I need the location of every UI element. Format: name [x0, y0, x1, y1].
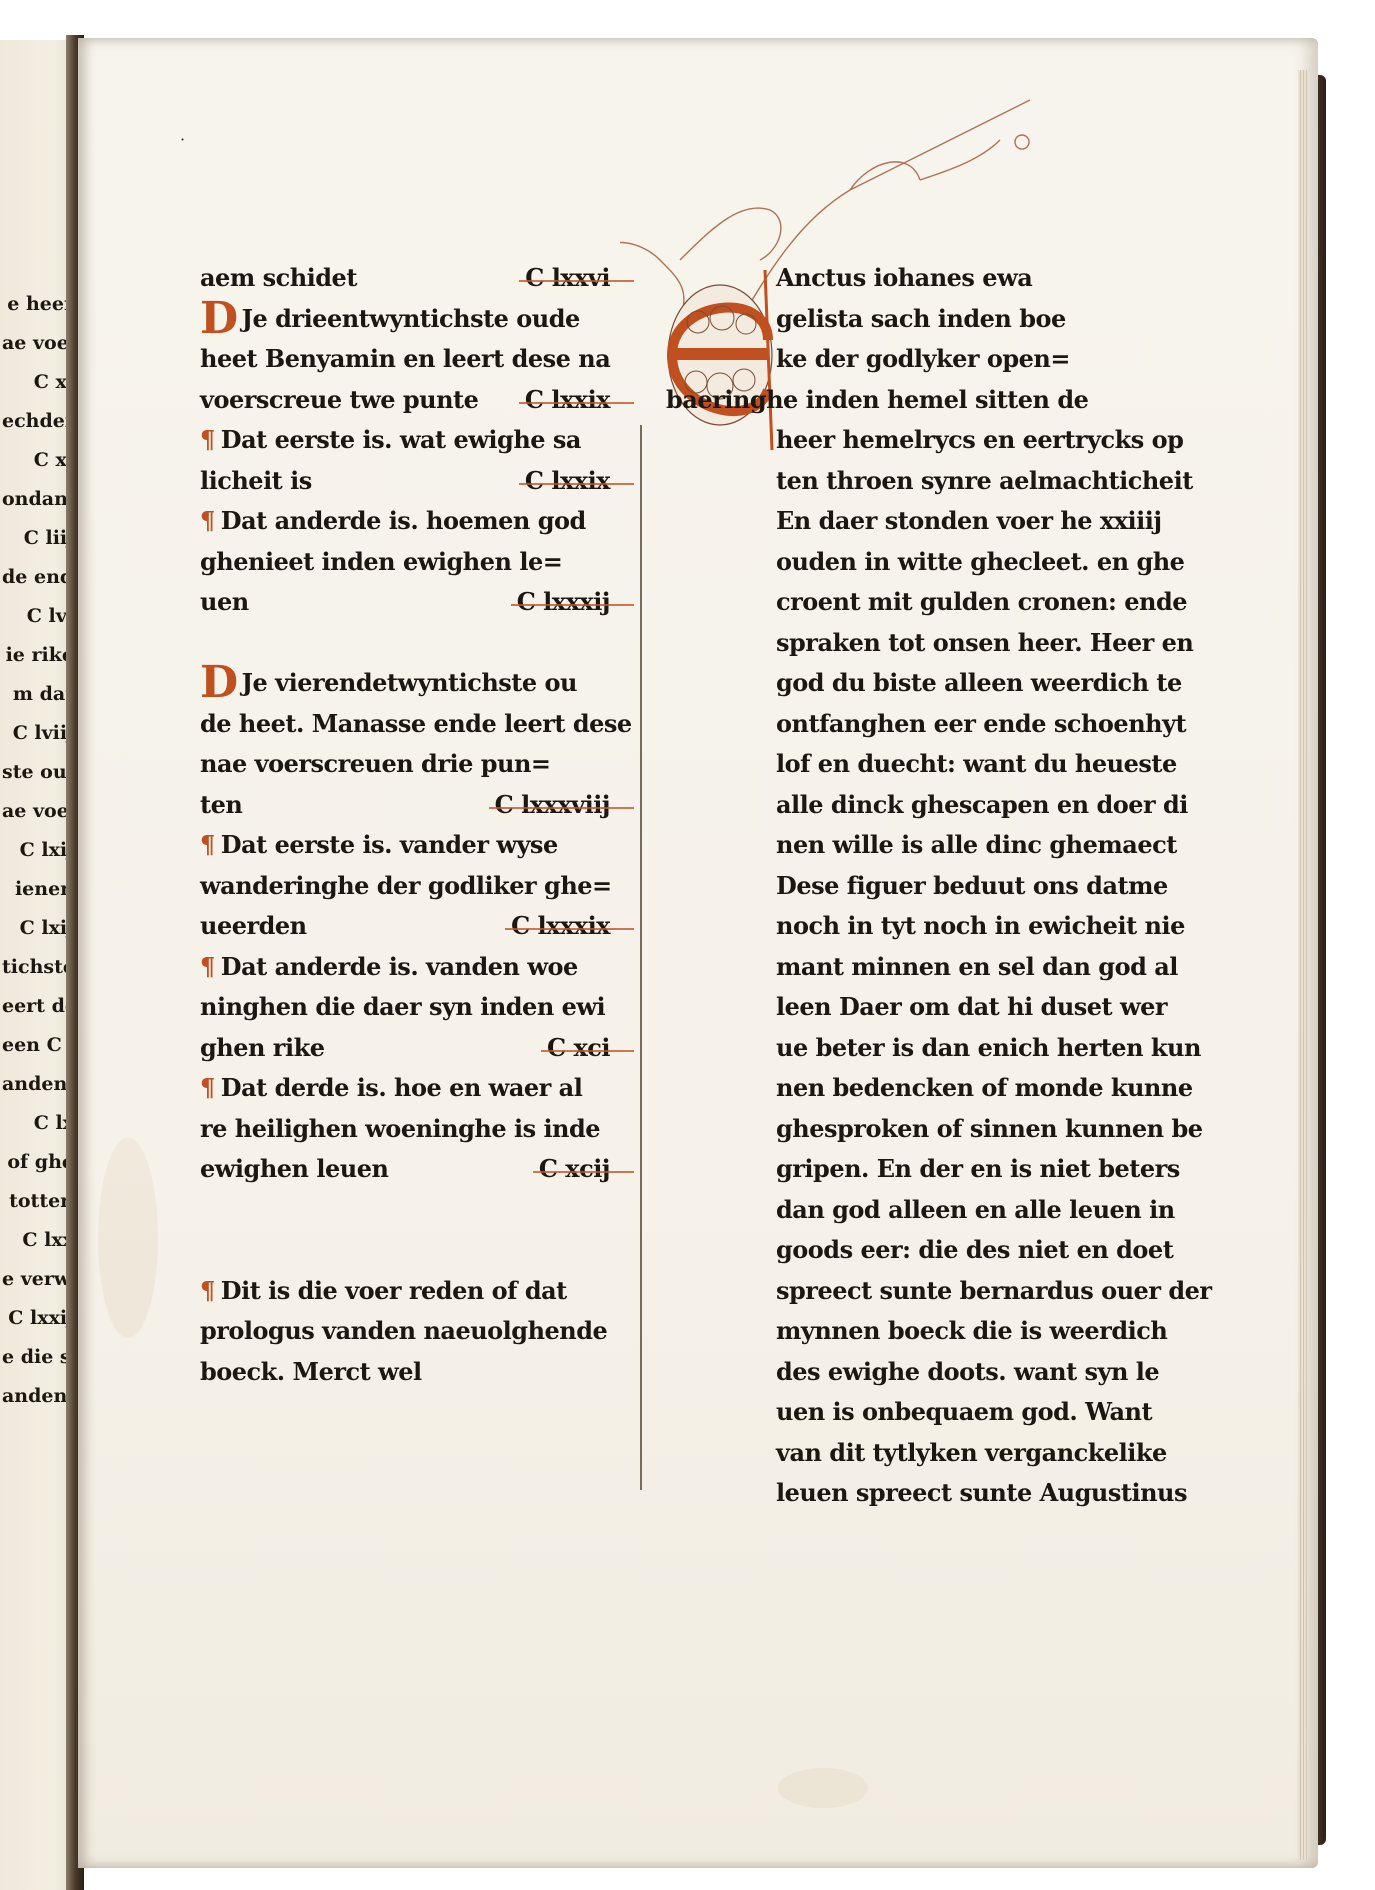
text-line: gelista sach inden boe: [776, 299, 1236, 340]
text-line: god du biste alleen weerdich te: [776, 663, 1236, 704]
text-line: noch in tyt noch in ewicheit nie: [776, 906, 1236, 947]
text-line: prologus vanden naeuolghende: [200, 1311, 610, 1352]
line-gap: [200, 1190, 610, 1231]
margin-fragment: anden lich: [2, 1377, 74, 1416]
margin-fragment: C xl: [2, 363, 74, 402]
text-line: ghen rikeC xci: [200, 1028, 610, 1069]
line-text: ewighen leuen: [200, 1154, 388, 1183]
right-text-column: Anctus iohanes ewagelista sach inden boe…: [776, 258, 1236, 1514]
text-line: ten throen synre aelmachticheit: [776, 461, 1236, 502]
line-text: Dat eerste is. vander wyse: [221, 830, 558, 859]
folio-reference: C lxxix: [525, 461, 610, 502]
line-text: Dat eerste is. wat ewighe sa: [221, 425, 581, 454]
margin-fragment: C lx: [2, 1104, 74, 1143]
text-line: alle dinck ghescapen en doer di: [776, 785, 1236, 826]
margin-fragment: echden: [2, 402, 74, 441]
line-text: voerscreue twe punte: [200, 385, 478, 414]
text-line: dan god alleen en alle leuen in: [776, 1190, 1236, 1231]
line-text: re heilighen woeninghe is inde: [200, 1114, 600, 1143]
line-text: heet Benyamin en leert dese na: [200, 344, 610, 373]
text-line: van dit tytlyken verganckelike: [776, 1433, 1236, 1474]
line-text: Dat derde is. hoe en waer al: [221, 1073, 583, 1102]
line-gap: [200, 623, 610, 664]
page-fore-edge: [1298, 70, 1308, 1860]
text-line: de heet. Manasse ende leert dese: [200, 704, 610, 745]
text-line: leuen spreect sunte Augustinus: [776, 1473, 1236, 1514]
text-line: heer hemelrycs en eertrycks op: [776, 420, 1236, 461]
line-text: Dit is die voer reden of dat: [221, 1276, 567, 1305]
text-line: ¶Dat anderde is. vanden woe: [200, 947, 610, 988]
margin-fragment: e heer: [2, 285, 74, 324]
rubricated-initial: D: [200, 301, 238, 337]
paper-stain: [778, 1768, 868, 1808]
line-text: ueerden: [200, 911, 307, 940]
printer-mark: ·: [180, 130, 185, 149]
line-text: uen: [200, 587, 249, 616]
line-text: de heet. Manasse ende leert dese: [200, 709, 632, 738]
text-line: ewighen leuenC xcij: [200, 1149, 610, 1190]
text-line: leen Daer om dat hi duset wer: [776, 987, 1236, 1028]
line-gap: [200, 1230, 610, 1271]
folio-reference: C lxxix: [525, 380, 610, 421]
text-line: Anctus iohanes ewa: [776, 258, 1236, 299]
line-text: ghenieet inden ewighen le=: [200, 547, 562, 576]
margin-fragment: ie rike: [2, 636, 74, 675]
text-line: spraken tot onsen heer. Heer en: [776, 623, 1236, 664]
line-text: Je drieentwyntichste oude: [242, 304, 580, 333]
margin-fragment: eert dese na: [2, 987, 74, 1026]
folio-reference: C xci: [547, 1028, 610, 1069]
folio-reference: C lxxvi: [525, 258, 610, 299]
text-line: En daer stonden voer he xxiiij: [776, 501, 1236, 542]
margin-fragment: m dat: [2, 675, 74, 714]
rubricated-initial: D: [200, 665, 238, 701]
pilcrow-icon: ¶: [200, 1276, 215, 1305]
text-line: ke der godlyker open=: [776, 339, 1236, 380]
pilcrow-icon: ¶: [200, 506, 215, 535]
margin-fragment: e die siel: [2, 1338, 74, 1377]
margin-fragment: een C lx: [2, 1026, 74, 1065]
text-line: nae voerscreuen drie pun=: [200, 744, 610, 785]
margin-fragment: e verwoge: [2, 1260, 74, 1299]
margin-fragment: C lxx: [2, 1221, 74, 1260]
pilcrow-icon: ¶: [200, 425, 215, 454]
text-line: ue beter is dan enich herten kun: [776, 1028, 1236, 1069]
text-line: nen wille is alle dinc ghemaect: [776, 825, 1236, 866]
folio-reference: C lxxxviij: [495, 785, 610, 826]
margin-fragment: C lviij: [2, 714, 74, 753]
margin-fragment: C lxxij: [2, 1299, 74, 1338]
text-line: ¶Dat derde is. hoe en waer al: [200, 1068, 610, 1109]
margin-fragment: C lvi: [2, 597, 74, 636]
text-line: voerscreue twe punteC lxxix: [200, 380, 610, 421]
text-line: croent mit gulden cronen: ende: [776, 582, 1236, 623]
margin-fragment: totten: [2, 1182, 74, 1221]
illuminated-initial-s: [660, 260, 780, 450]
line-text: ninghen die daer syn inden ewi: [200, 992, 605, 1021]
folio-reference: C lxxxij: [517, 582, 610, 623]
pilcrow-icon: ¶: [200, 1073, 215, 1102]
text-line: DJe vierendetwyntichste ou: [200, 663, 610, 704]
text-line: mynnen boeck die is weerdich: [776, 1311, 1236, 1352]
text-line: spreect sunte bernardus ouer der: [776, 1271, 1236, 1312]
left-page-margin-text: e heerae voerC xlechdenC xlondancC liijd…: [2, 285, 74, 1416]
paper-stain: [98, 1138, 158, 1338]
margin-fragment: C lxij: [2, 831, 74, 870]
text-line: gripen. En der en is niet beters: [776, 1149, 1236, 1190]
text-line: nen bedencken of monde kunne: [776, 1068, 1236, 1109]
text-line: ouden in witte ghecleet. en ghe: [776, 542, 1236, 583]
text-line: ¶Dat eerste is. wat ewighe sa: [200, 420, 610, 461]
line-text: Dat anderde is. hoemen god: [221, 506, 586, 535]
text-line: boeck. Merct wel: [200, 1352, 610, 1393]
text-line: ¶Dit is die voer reden of dat: [200, 1271, 610, 1312]
text-line: heet Benyamin en leert dese na: [200, 339, 610, 380]
line-text: prologus vanden naeuolghende: [200, 1316, 607, 1345]
line-text: wanderinghe der godliker ghe=: [200, 871, 612, 900]
margin-fragment: C liij: [2, 519, 74, 558]
text-line: ontfanghen eer ende schoenhyt: [776, 704, 1236, 745]
text-line: uenC lxxxij: [200, 582, 610, 623]
line-text: Je vierendetwyntichste ou: [242, 668, 577, 697]
text-line: licheit isC lxxix: [200, 461, 610, 502]
text-line: des ewighe doots. want syn le: [776, 1352, 1236, 1393]
text-line: re heilighen woeninghe is inde: [200, 1109, 610, 1150]
line-text: nae voerscreuen drie pun=: [200, 749, 551, 778]
text-line: aem schidetC lxxvi: [200, 258, 610, 299]
text-line: baeringhe inden hemel sitten de: [666, 380, 1236, 421]
margin-fragment: ae voer: [2, 324, 74, 363]
text-line: lof en duecht: want du heueste: [776, 744, 1236, 785]
text-line: ghenieet inden ewighen le=: [200, 542, 610, 583]
folio-reference: C lxxxix: [511, 906, 610, 947]
margin-fragment: ae voer: [2, 792, 74, 831]
text-line: tenC lxxxviij: [200, 785, 610, 826]
text-line: ¶Dat eerste is. vander wyse: [200, 825, 610, 866]
text-line: mant minnen en sel dan god al: [776, 947, 1236, 988]
text-line: ueerdenC lxxxix: [200, 906, 610, 947]
column-divider-rule: [640, 425, 642, 1490]
text-line: uen is onbequaem god. Want: [776, 1392, 1236, 1433]
margin-fragment: de ende: [2, 558, 74, 597]
text-line: ghesproken of sinnen kunnen be: [776, 1109, 1236, 1150]
margin-fragment: ienen: [2, 870, 74, 909]
pilcrow-icon: ¶: [200, 830, 215, 859]
margin-fragment: C lxij: [2, 909, 74, 948]
text-line: wanderinghe der godliker ghe=: [200, 866, 610, 907]
text-line: ¶Dat anderde is. hoemen god: [200, 501, 610, 542]
margin-fragment: of ghe: [2, 1143, 74, 1182]
margin-fragment: ste oude: [2, 753, 74, 792]
text-line: Dese figuer beduut ons datme: [776, 866, 1236, 907]
line-text: licheit is: [200, 466, 312, 495]
line-text: aem schidet: [200, 263, 357, 292]
folio-reference: C xcij: [539, 1149, 610, 1190]
line-text: ghen rike: [200, 1033, 324, 1062]
left-text-column: aem schidetC lxxviDJe drieentwyntichste …: [200, 258, 610, 1392]
line-text: ten: [200, 790, 242, 819]
text-line: DJe drieentwyntichste oude: [200, 299, 610, 340]
line-text: boeck. Merct wel: [200, 1357, 422, 1386]
margin-fragment: anden fre: [2, 1065, 74, 1104]
text-line: goods eer: die des niet en doet: [776, 1230, 1236, 1271]
line-text: Dat anderde is. vanden woe: [221, 952, 578, 981]
margin-fragment: C xl: [2, 441, 74, 480]
pilcrow-icon: ¶: [200, 952, 215, 981]
margin-fragment: tichste ou: [2, 948, 74, 987]
text-line: ninghen die daer syn inden ewi: [200, 987, 610, 1028]
margin-fragment: ondanc: [2, 480, 74, 519]
